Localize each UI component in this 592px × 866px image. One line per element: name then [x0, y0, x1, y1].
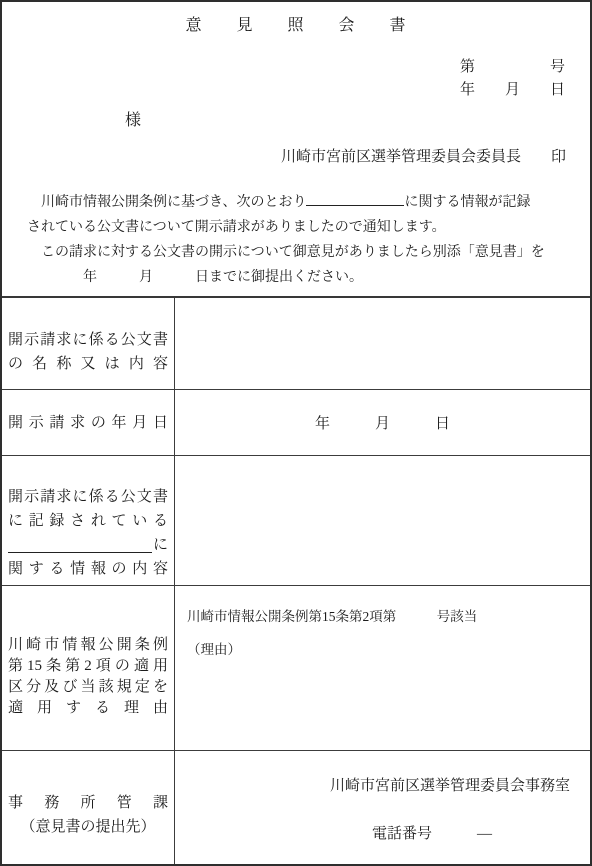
label-subline: （意見書の提出先） — [8, 815, 168, 839]
ordinance-clause-line: 川崎市情報公開条例第15条第2項第 号該当 — [187, 607, 580, 627]
reason-label: （理由） — [187, 640, 580, 660]
label-line: 川崎市情報公開条例 — [8, 635, 168, 656]
value-cell-office: 川崎市宮前区選挙管理委員会事務室 電話番号 ― — [175, 751, 590, 864]
label-cell-office: 事務所管課 （意見書の提出先） — [2, 751, 175, 864]
opinion-inquiry-document: 意 見 照 会 書 第 号 年 月 日 様 川崎市宮前区選挙管理委員会委員長 印… — [0, 0, 592, 866]
p1-text-after-blank: に関する情報が記録 — [404, 195, 530, 210]
blank-line — [306, 191, 404, 206]
p1-text-before-blank: 川崎市情報公開条例に基づき、次のとおり — [27, 195, 306, 210]
label-line: の名称又は内容 — [8, 352, 168, 376]
label-cell-ordinance-reason: 川崎市情報公開条例 第15条第2項の適用 区分及び当該規定を 適用する理由 — [2, 586, 175, 750]
paragraph1-line2: されている公文書について開示請求がありましたので通知します。 — [27, 215, 572, 240]
form-table: 開示請求に係る公文書 の名称又は内容 開示請求の年月日 年 月 日 開示請求に係… — [2, 296, 590, 864]
table-row-information-content: 開示請求に係る公文書 に記録されている に 関する情報の内容 — [2, 455, 590, 585]
paragraph1-line1: 川崎市情報公開条例に基づき、次のとおりに関する情報が記録 — [27, 190, 572, 215]
value-cell-ordinance-reason: 川崎市情報公開条例第15条第2項第 号該当 （理由） — [175, 586, 590, 750]
label-line: 開示請求の年月日 — [8, 411, 168, 435]
label-line: 第15条第2項の適用 — [8, 656, 168, 677]
issuer-name: 川崎市宮前区選挙管理委員会委員長 — [281, 149, 521, 165]
label-cell-request-date: 開示請求の年月日 — [2, 390, 175, 455]
phone-number-line: 電話番号 ― — [175, 823, 590, 845]
document-number-line: 第 号 — [460, 56, 565, 79]
value-cell-information-content — [175, 456, 590, 585]
office-name: 川崎市宮前区選挙管理委員会事務室 — [175, 775, 590, 797]
label-cell-document-name: 開示請求に係る公文書 の名称又は内容 — [2, 298, 175, 389]
label-line: 関する情報の内容 — [8, 557, 168, 581]
table-row-document-name: 開示請求に係る公文書 の名称又は内容 — [2, 298, 590, 389]
document-title: 意 見 照 会 書 — [2, 14, 590, 38]
seal-placeholder: 印 — [551, 149, 566, 165]
label-line: 開示請求に係る公文書 — [8, 328, 168, 352]
label-blank-suffix: に — [153, 533, 168, 557]
document-date-line: 年 月 日 — [460, 79, 565, 102]
notice-paragraphs: 川崎市情報公開条例に基づき、次のとおりに関する情報が記録 されている公文書につい… — [27, 190, 572, 290]
document-header-area: 意 見 照 会 書 第 号 年 月 日 様 川崎市宮前区選挙管理委員会委員長 印… — [2, 2, 590, 296]
value-cell-request-date: 年 月 日 — [175, 390, 590, 455]
label-line: に記録されている — [8, 509, 168, 533]
label-line: 事務所管課 — [8, 791, 168, 815]
addressee-honorific: 様 — [125, 111, 141, 131]
table-row-ordinance-reason: 川崎市情報公開条例 第15条第2項の適用 区分及び当該規定を 適用する理由 川崎… — [2, 585, 590, 750]
date-value: 年 月 日 — [175, 412, 590, 433]
paragraph2-line2: 年 月 日までに御提出ください。 — [27, 265, 572, 290]
label-cell-information-content: 開示請求に係る公文書 に記録されている に 関する情報の内容 — [2, 456, 175, 585]
table-row-office: 事務所管課 （意見書の提出先） 川崎市宮前区選挙管理委員会事務室 電話番号 ― — [2, 750, 590, 864]
label-line: 開示請求に係る公文書 — [8, 485, 168, 509]
table-row-request-date: 開示請求の年月日 年 月 日 — [2, 389, 590, 455]
blank-line — [8, 552, 152, 553]
value-cell-document-name — [175, 298, 590, 389]
label-line: 適用する理由 — [8, 698, 168, 719]
paragraph2-line1: この請求に対する公文書の開示について御意見がありましたら別添「意見書」を — [27, 240, 572, 265]
number-date-block: 第 号 年 月 日 — [460, 56, 565, 102]
label-line: 区分及び当該規定を — [8, 677, 168, 698]
issuer-line: 川崎市宮前区選挙管理委員会委員長 印 — [281, 147, 566, 167]
label-line-with-blank: に — [8, 533, 168, 557]
